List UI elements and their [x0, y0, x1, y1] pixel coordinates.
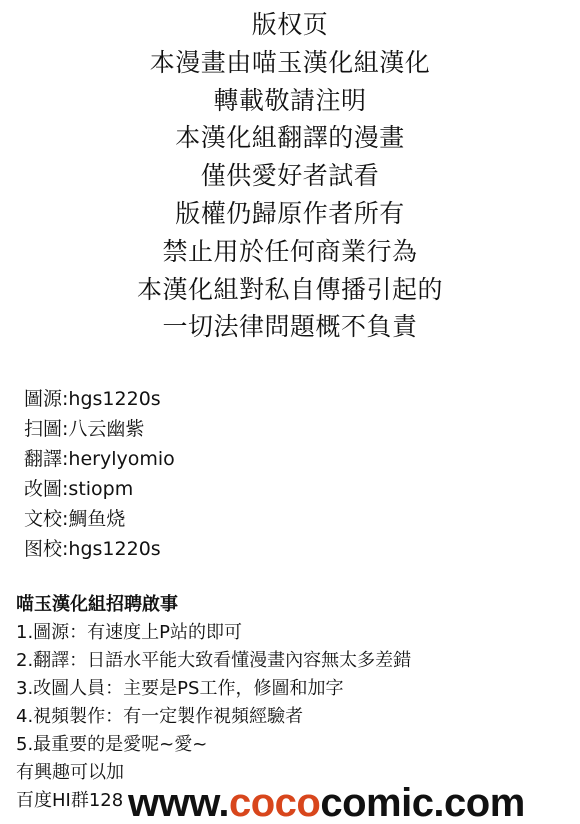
notice-line: 本漢化組翻譯的漫畫	[0, 119, 580, 157]
recruitment-item: 4.視頻製作：有一定製作視頻經驗者	[16, 703, 411, 731]
credit-row: 扫圖:八云幽紫	[24, 414, 175, 444]
notice-title: 版权页	[0, 6, 580, 44]
credit-name: hgs1220s	[68, 388, 160, 410]
watermark-suffix: comic.com	[320, 781, 524, 824]
credit-role: 文校	[24, 508, 62, 530]
credit-row: 翻譯:herylyomio	[24, 444, 175, 474]
credit-role: 改圖	[24, 478, 62, 500]
credit-name: stiopm	[68, 478, 133, 500]
notice-line: 禁止用於任何商業行為	[0, 233, 580, 271]
credit-role: 翻譯	[24, 448, 62, 470]
notice-line: 本漫畫由喵玉漢化組漢化	[0, 44, 580, 82]
credit-row: 圖源:hgs1220s	[24, 384, 175, 414]
notice-line: 本漢化組對私自傳播引起的	[0, 271, 580, 309]
credit-name: hgs1220s	[68, 538, 160, 560]
credit-row: 图校:hgs1220s	[24, 534, 175, 564]
watermark-prefix: www.	[128, 781, 229, 824]
credit-row: 改圖:stiopm	[24, 474, 175, 504]
watermark-brand: coco	[229, 781, 320, 824]
credit-name: 八云幽紫	[68, 418, 144, 440]
notice-line: 僅供愛好者試看	[0, 157, 580, 195]
copyright-notice: 版权页 本漫畫由喵玉漢化組漢化 轉載敬請注明 本漢化組翻譯的漫畫 僅供愛好者試看…	[0, 6, 580, 346]
site-watermark: www.cococomic.com	[128, 781, 525, 824]
credit-name: 鯛鱼烧	[68, 508, 125, 530]
recruitment-item: 3.改圖人員：主要是PS工作，修圖和加字	[16, 675, 411, 703]
credit-role: 图校	[24, 538, 62, 560]
recruitment-heading: 喵玉漢化組招聘啟事	[16, 591, 411, 619]
notice-line: 一切法律問題概不負責	[0, 308, 580, 346]
credit-row: 文校:鯛鱼烧	[24, 504, 175, 534]
recruitment-item: 5.最重要的是愛呢~愛~	[16, 731, 411, 759]
notice-line: 轉載敬請注明	[0, 82, 580, 120]
recruitment-item: 2.翻譯：日語水平能大致看懂漫畫內容無太多差錯	[16, 647, 411, 675]
notice-line: 版權仍歸原作者所有	[0, 195, 580, 233]
staff-credits: 圖源:hgs1220s 扫圖:八云幽紫 翻譯:herylyomio 改圖:sti…	[24, 384, 175, 564]
recruitment-item: 1.圖源：有速度上P站的即可	[16, 619, 411, 647]
credit-role: 圖源	[24, 388, 62, 410]
credit-role: 扫圖	[24, 418, 62, 440]
credit-name: herylyomio	[68, 448, 174, 470]
